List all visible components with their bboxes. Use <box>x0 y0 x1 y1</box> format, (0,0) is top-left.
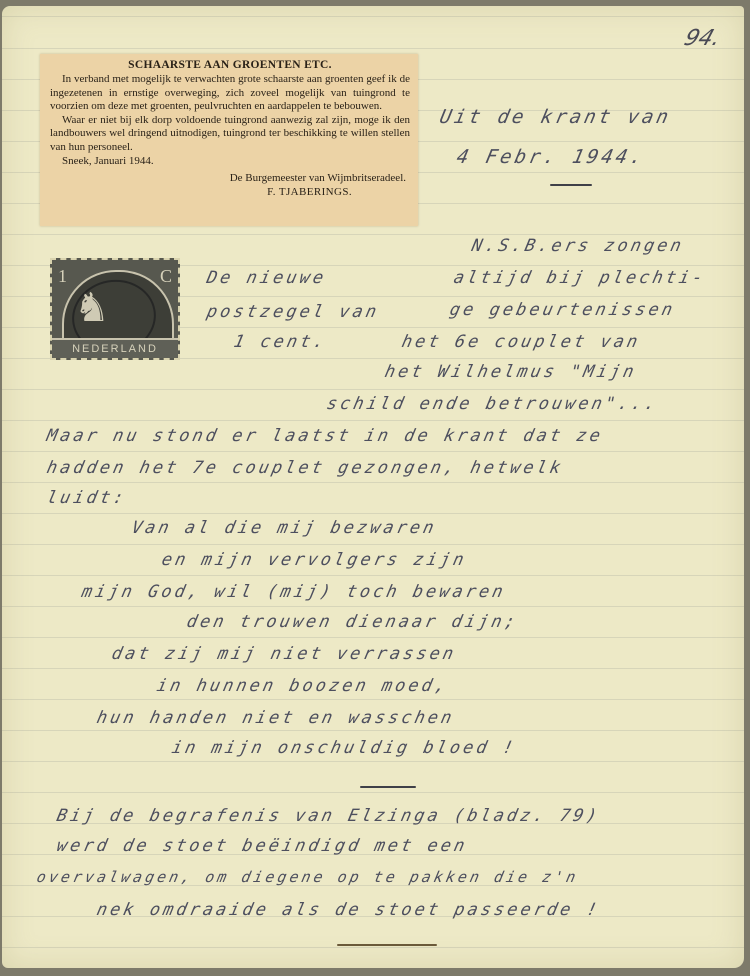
clipping-note-line-1: Uit de krant van <box>438 106 674 128</box>
nsb-line: ge gebeurtenissen <box>448 300 677 320</box>
stamp-country: NEDERLAND <box>52 338 178 358</box>
verse-line: den trouwen dienaar dijn; <box>185 612 520 632</box>
stamp-caption-line-2: postzegel van <box>205 302 381 322</box>
verse-line: mijn God, wil (mij) toch bewaren <box>80 582 508 602</box>
verse-line: in hunnen boozen moed, <box>155 676 450 696</box>
funeral-line: Bij de begrafenis van Elzinga (bladz. 79… <box>55 806 602 826</box>
stamp-caption-line-3: 1 cent. <box>232 332 329 352</box>
nsb-line: altijd bij plechti- <box>452 268 708 288</box>
nsb-line: schild ende betrouwen"... <box>325 394 660 414</box>
nsb-line: het Wilhelmus "Mijn <box>383 362 639 382</box>
body-line: luidt: <box>45 488 129 508</box>
stamp-caption-line-1: De nieuwe <box>205 268 328 288</box>
funeral-line: nek omdraaide als de stoet passeerde ! <box>95 900 602 920</box>
verse-line: hun handen niet en wasschen <box>95 708 457 728</box>
postage-stamp: 1 C ♞ NEDERLAND <box>50 258 180 360</box>
nsb-line: het 6e couplet van <box>400 332 642 352</box>
clipping-paragraph-1: In verband met mogelijk te verwachten gr… <box>50 73 410 114</box>
notebook-page: 94. SCHAARSTE AAN GROENTEN ETC. In verba… <box>2 6 744 968</box>
clipping-signature-name: F. TJABERINGS. <box>50 186 410 200</box>
nsb-line: N.S.B.ers zongen <box>470 236 686 256</box>
funeral-line: overvalwagen, om diegene op te pakken di… <box>35 868 580 886</box>
clipping-place-date: Sneek, Januari 1944. <box>50 155 410 169</box>
end-divider-rule <box>337 944 437 946</box>
verse-line: in mijn onschuldig bloed ! <box>170 738 518 758</box>
verse-line: dat zij mij niet verrassen <box>110 644 458 664</box>
divider-rule <box>360 786 416 788</box>
divider-rule <box>550 184 592 186</box>
stamp-value-left: 1 <box>58 266 67 287</box>
clipping-note-line-2: 4 Febr. 1944. <box>455 146 647 168</box>
verse-line: Van al die mij bezwaren <box>130 518 439 538</box>
body-line: Maar nu stond er laatst in de krant dat … <box>45 426 605 446</box>
stamp-value-right: C <box>160 266 172 287</box>
newspaper-clipping: SCHAARSTE AAN GROENTEN ETC. In verband m… <box>40 54 418 226</box>
clipping-signature-title: De Burgemeester van Wijmbritseradeel. <box>50 172 410 186</box>
verse-line: en mijn vervolgers zijn <box>160 550 469 570</box>
clipping-paragraph-2: Waar er niet bij elk dorp voldoende tuin… <box>50 114 410 155</box>
clipping-headline: SCHAARSTE AAN GROENTEN ETC. <box>50 59 410 71</box>
funeral-line: werd de stoet beëindigd met een <box>55 836 470 856</box>
body-line: hadden het 7e couplet gezongen, hetwelk <box>45 458 565 478</box>
page-number: 94. <box>681 26 724 51</box>
